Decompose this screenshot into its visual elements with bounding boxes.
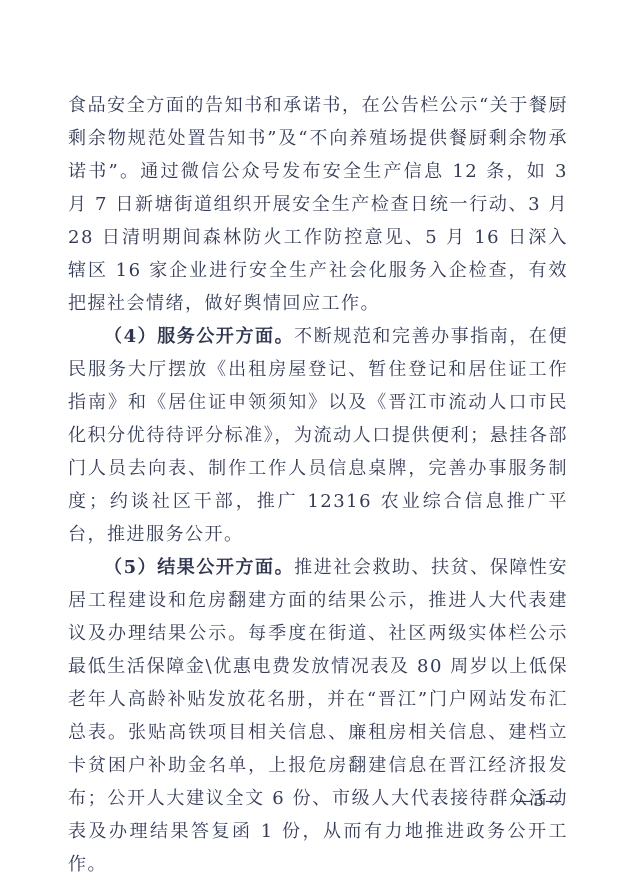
paragraph-text: 推进社会救助、扶贫、保障性安居工程建设和危房翻建方面的结果公示，推进人大代表建议… xyxy=(68,557,568,875)
body-paragraph: （5）结果公开方面。推进社会救助、扶贫、保障性安居工程建设和危房翻建方面的结果公… xyxy=(68,551,568,881)
paragraph-text: 不断规范和完善办事指南，在便民服务大厅摆放《出租房屋登记、暂住登记和居住证工作指… xyxy=(68,326,568,545)
document-body: 食品安全方面的告知书和承诺书，在公告栏公示“关于餐厨剩余物规范处置告知书”及“不… xyxy=(68,89,568,881)
document-page: 食品安全方面的告知书和承诺书，在公告栏公示“关于餐厨剩余物规范处置告知书”及“不… xyxy=(0,0,631,893)
page-number: —3— xyxy=(515,791,563,811)
body-paragraph: （4）服务公开方面。不断规范和完善办事指南，在便民服务大厅摆放《出租房屋登记、暂… xyxy=(68,320,568,551)
paragraph-text: 食品安全方面的告知书和承诺书，在公告栏公示“关于餐厨剩余物规范处置告知书”及“不… xyxy=(68,95,568,314)
paragraph-heading: （5）结果公开方面。 xyxy=(104,557,294,578)
body-paragraph: 食品安全方面的告知书和承诺书，在公告栏公示“关于餐厨剩余物规范处置告知书”及“不… xyxy=(68,89,568,320)
paragraph-heading: （4）服务公开方面。 xyxy=(104,326,294,347)
